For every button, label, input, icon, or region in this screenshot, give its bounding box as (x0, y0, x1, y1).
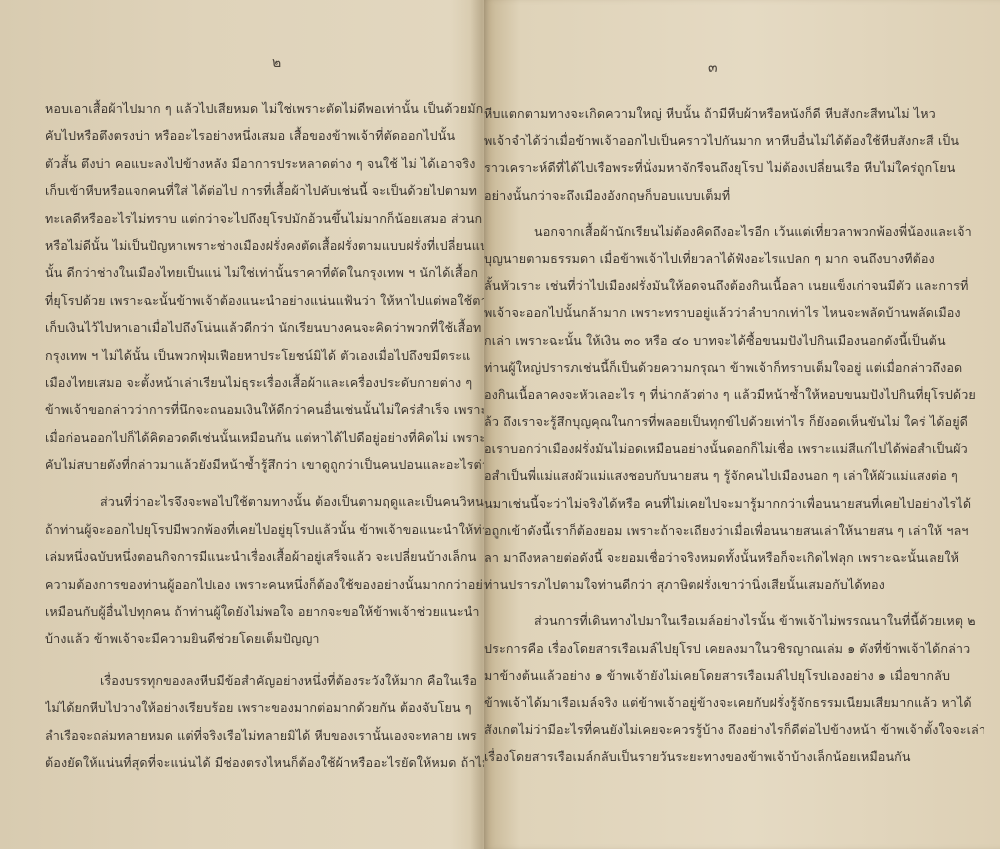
text-line: ราวเคราะห์ดีที่ได้ไปเรือพระที่นั่งมหาจัก… (484, 154, 984, 181)
text-line: ประการคือ เรื่องโดยสารเรือเมล์ไปยุโรป เค… (484, 635, 984, 662)
text-line: คับไม่สบายดังที่กล่าวมาแล้วยังมีหน้าซ้ำร… (45, 451, 484, 478)
text-line: หอบเอาเสื้อผ้าไปมาก ๆ แล้วไปเสียหมด ไม่ใ… (45, 95, 484, 122)
right-page: ๓ หีบแตกตามทางจะเกิดความใหญ่ หีบนั้น ถ้า… (484, 0, 1000, 849)
text-line: ข้าพเจ้าได้มาเรือเมล์จริง แต่ข้าพเจ้าอยู… (484, 689, 984, 716)
text-line: ไม่ได้ยกหีบไปวางให้อย่างเรียบร้อย เพราะข… (45, 694, 484, 721)
open-book-spread: ๒ หอบเอาเสื้อผ้าไปมาก ๆ แล้วไปเสียหมด ไม… (0, 0, 1000, 849)
text-line: ที่ยุโรปด้วย เพราะฉะนั้นข้าพเจ้าต้องแนะน… (45, 287, 484, 314)
text-line: บุญนายตามธรรมดา เมื่อข้าพเจ้าไปเที่ยวลาไ… (484, 245, 984, 272)
text-line: อถูกเข้าดังนี้เราก็ต้องยอม เพราะถ้าจะเถี… (484, 517, 984, 544)
text-line: สังเกตไม่ว่ามีอะไรที่คนยังไม่เคยจะควรรู้… (484, 716, 984, 743)
text-line: ล้ว ถึงเราจะรู้สึกบุญคุณในการที่พลอยเป็น… (484, 408, 984, 435)
text-line: เก็บเงินไว้ไปหาเอาเมื่อไปถึงโน่นแล้วดีกว… (45, 314, 484, 341)
text-line: นั้น ดีกว่าช่างในเมืองไทยเป็นแน่ ไม่ใช่เ… (45, 259, 484, 286)
text-line: กรุงเทพ ฯ ไม่ได้นั้น เป็นพวกฟุ่มเฟือยหาป… (45, 342, 484, 369)
text-line: ลา มาถึงหลายต่อดังนี้ จะยอมเชื่อว่าจริงห… (484, 544, 984, 571)
text-line: อเราบอกว่าเมืองฝรั่งมันไม่อดเหมือนอย่างน… (484, 435, 984, 462)
text-line: เมืองไทยเสมอ จะตั้งหน้าเล่าเรียนไม่ธุระเ… (45, 369, 484, 396)
text-line: เรื่องโดยสารเรือเมล์กลับเป็นรายวันระยะทา… (484, 743, 984, 770)
paragraph-start-line: นอกจากเสื้อผ้านักเรียนไม่ต้องคิดถึงอะไรอ… (484, 218, 984, 245)
text-line: อสำเป็นพี่แม่แสงผัวแม่แสงชอบกับนายสน ๆ ร… (484, 462, 984, 489)
text-line: กเล่า เพราะฉะนั้น ให้เงิน ๓๐ หรือ ๔๐ บาท… (484, 327, 984, 354)
text-line: องกินเนื้อลาคงจะหัวเลอะไร ๆ ที่น่ากลัวต่… (484, 381, 984, 408)
text-line: บ้างแล้ว ข้าพเจ้าจะมีความยินดีช่วยโดยเต็… (45, 625, 484, 652)
text-line: ตัวสั้น ตึงบ่า คอแบะลงไปข้างหลัง มีอาการ… (45, 150, 484, 177)
text-line: ท่านปรารภไปตามใจท่านดีกว่า สุภาษิตฝรั่งเ… (484, 571, 984, 598)
text-line: เล่มหนึ่งฉบับหนึ่งตอนกิจการมีแนะนำเรื่อง… (45, 543, 484, 570)
text-line: หีบแตกตามทางจะเกิดความใหญ่ หีบนั้น ถ้ามี… (484, 100, 984, 127)
text-line: ท่านผู้ใหญ่ปรารภเช่นนี้ก็เป็นด้วยความกรุ… (484, 354, 984, 381)
text-line: พเจ้าจะออกไปนั้นกล้ามาก เพราะทราบอยู่แล้… (484, 299, 984, 326)
text-line: ความต้องการของท่านผู้ออกไปเอง เพราะคนหนึ… (45, 571, 484, 598)
text-line: ข้าพเจ้าขอกล่าวว่าการที่นึกจะถนอมเงินให้… (45, 396, 484, 423)
text-line: เก็บเข้าหีบหรือแจกคนที่ใส่ ได้ต่อไป การท… (45, 177, 484, 204)
left-page: ๒ หอบเอาเสื้อผ้าไปมาก ๆ แล้วไปเสียหมด ไม… (0, 0, 484, 849)
text-line: ลำเรือจะถล่มทลายหมด แต่ที่จริงเรือไม่ทลา… (45, 722, 484, 749)
text-line: ถ้าท่านผู้จะออกไปยุโรปมีพวกพ้องที่เคยไปอ… (45, 516, 484, 543)
text-line: หรือไม่ดีนั้น ไม่เป็นปัญหาเพราะช่างเมือง… (45, 232, 484, 259)
text-line: คับไปหรือตึงตรงบ่า หรืออะไรอย่างหนึ่งเสม… (45, 122, 484, 149)
right-page-text: หีบแตกตามทางจะเกิดความใหญ่ หีบนั้น ถ้ามี… (484, 100, 984, 771)
text-line: ทะเลดีหรืออะไรไม่ทราบ แต่กว่าจะไปถึงยุโร… (45, 205, 484, 232)
text-line: เมื่อก่อนออกไปก็ได้คิดอวดดีเช่นนั้นเหมือ… (45, 424, 484, 451)
paragraph-start-line: ส่วนการที่เดินทางไปมาในเรือเมล์อย่างไรนั… (484, 607, 984, 634)
page-number-right: ๓ (708, 57, 718, 79)
text-line: อย่างนั้นกว่าจะถึงเมืองอังกฤษก็บอบแบบเต็… (484, 182, 984, 209)
paragraph-start-line: ส่วนที่ว่าอะไรจึงจะพอไปใช้ตามทางนั้น ต้อ… (45, 488, 484, 515)
text-line: ลั้นหัวเราะ เช่นที่ว่าไปเมืองฝรั่งมันให้… (484, 272, 984, 299)
paragraph-start-line: เรื่องบรรทุกของลงหีบมีข้อสำคัญอย่างหนึ่ง… (45, 667, 484, 694)
text-line: มาข้างต้นแล้วอย่าง ๑ ข้าพเจ้ายังไม่เคยโด… (484, 662, 984, 689)
left-page-text: หอบเอาเสื้อผ้าไปมาก ๆ แล้วไปเสียหมด ไม่ใ… (45, 95, 484, 776)
text-line: นมาเช่นนี้จะว่าไม่จริงได้หรือ คนที่ไม่เค… (484, 490, 984, 517)
page-number-left: ๒ (272, 52, 281, 74)
text-line: เหมือนกับผู้อื่นไปทุกคน ถ้าท่านผู้ใดยังไ… (45, 598, 484, 625)
text-line: ต้องยัดให้แน่นที่สุดที่จะแน่นได้ มีช่องต… (45, 749, 484, 776)
text-line: พเจ้าจำได้ว่าเมื่อข้าพเจ้าออกไปเป็นคราวไ… (484, 127, 984, 154)
